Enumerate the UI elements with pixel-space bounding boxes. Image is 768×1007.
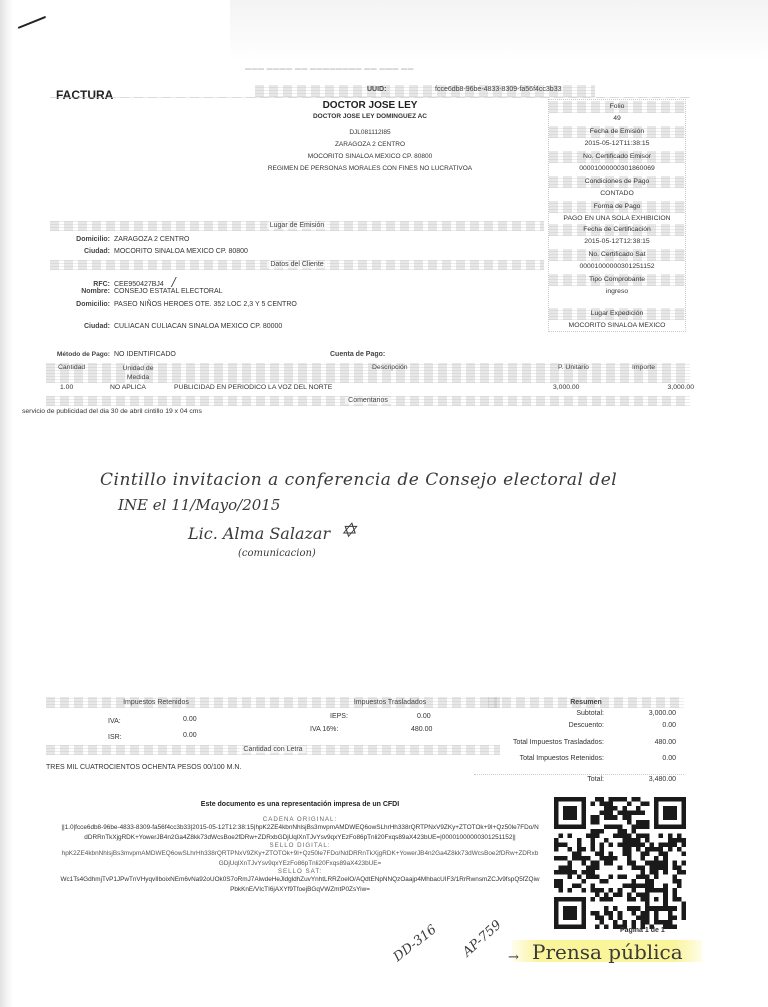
- sello-digital-value: hpK2ZE4kbnNhlsjBs3mvpmAMDWEQ6owSLhrHh338…: [60, 849, 540, 868]
- cadena-original-value: ||1.0|fcce6db8-96be-4833-8309-fa56f4cc3b…: [60, 823, 540, 842]
- item-importe: 3,000.00: [668, 384, 694, 391]
- cert-sat-label: No. Certificado Sat: [549, 249, 685, 261]
- retenido-isr-value: 0.00: [183, 732, 197, 739]
- cliente-title: Datos del Cliente: [267, 261, 326, 268]
- subtotal-label: Subtotal:: [576, 710, 604, 717]
- trasladado-ieps-label: IEPS:: [330, 713, 348, 720]
- cliente-rfc-row: RFC:CEE950427BJ4 /: [50, 275, 176, 289]
- sello-sat-value: Wc1Ts4GdhmjTvP1JPwTnVHyqvIlboixNEm6vNa92…: [60, 875, 540, 894]
- lugar-expedicion-value: MOCORITO SINALOA MEXICO: [549, 320, 685, 331]
- folio-label: Folio: [549, 101, 685, 113]
- cert-emisor-value: 00001000000301860069: [549, 163, 685, 175]
- table-row: 1.00 NO APLICA PUBLICIDAD EN PERIODICO L…: [46, 384, 690, 394]
- tipo-comprobante-value: ingreso: [549, 286, 685, 298]
- resumen-subtotal-row: Subtotal: 3,000.00: [474, 710, 684, 722]
- uuid-row: UUID: fcce6db8-96be-4833-8309-fa56f4cc3b…: [255, 85, 595, 97]
- cuenta-pago-label: Cuenta de Pago:: [330, 351, 385, 358]
- cert-sat-value: 00001000000301251152: [549, 261, 685, 273]
- cantidad-letra-header: Cantidad con Letra: [46, 745, 500, 755]
- lugar-emision-header: Lugar de Emisión: [50, 221, 544, 231]
- cfdi-notice: Este documento es una representación imp…: [60, 801, 540, 808]
- handwritten-code-2: AP-759: [460, 918, 505, 960]
- checkmark-pen-stroke: /: [172, 275, 176, 289]
- invoice-info-column: Folio 49 Fecha de Emisión 2015-05-12T11:…: [548, 99, 686, 332]
- uuid-value: fcce6db8-96be-4833-8309-fa56f4cc3b33: [435, 86, 562, 93]
- comentarios-title: Comentarios: [345, 397, 391, 404]
- emision-ciudad-label: Ciudad:: [50, 248, 110, 255]
- resumen-retenidos-row: Total Impuestos Retenidos: 0.00: [474, 755, 684, 767]
- forma-pago-label: Forma de Pago: [549, 201, 685, 213]
- fecha-emision-label: Fecha de Emisión: [549, 126, 685, 138]
- folio-value: 49: [549, 113, 685, 125]
- impuestos-trasladados-title: Impuestos Trasladados: [280, 697, 500, 708]
- total-value: 3,480.00: [649, 776, 676, 783]
- bleed-through-text: ▬▬▬ ▬▬▬▬ ▬▬ ▬▬▬▬▬▬▬▬ ▬▬ ▬▬▬ ▬▬: [245, 66, 414, 72]
- issuer-city: MOCORITO SINALOA MEXICO CP. 80800: [200, 153, 540, 160]
- cliente-nombre-value: CONSEJO ESTATAL ELECTORAL: [114, 288, 223, 295]
- cliente-ciudad-value: CULIACAN CULIACAN SINALOA MEXICO CP. 800…: [114, 323, 282, 330]
- col-p-unitario: P. Unitario: [558, 364, 589, 371]
- issuer-legal-name: DOCTOR JOSE LEY DOMINGUEZ AC: [200, 113, 540, 120]
- fecha-emision-value: 2015-05-12T11:38:15: [549, 138, 685, 150]
- issuer-regime: REGIMEN DE PERSONAS MORALES CON FINES NO…: [200, 165, 540, 172]
- lugar-emision-title: Lugar de Emisión: [267, 222, 327, 229]
- cliente-domicilio-value: PASEO NIÑOS HEROES OTE. 352 LOC 2,3 Y 5 …: [114, 301, 297, 308]
- emision-ciudad-value: MOCORITO SINALOA MEXICO CP. 80800: [114, 248, 248, 255]
- resumen-header: Resumen: [488, 697, 684, 708]
- scan-edge-shadow: [0, 0, 14, 1007]
- handwritten-signature-title: (comunicacion): [238, 548, 316, 559]
- impuestos-retenidos-title: Impuestos Retenidos: [46, 697, 266, 708]
- trasladado-iva-label: IVA 16%:: [310, 726, 338, 733]
- comentarios-text: servicio de publicidad del dia 30 de abr…: [22, 408, 202, 415]
- cuenta-pago-row: Cuenta de Pago:: [330, 351, 389, 358]
- total-retenidos-value: 0.00: [662, 755, 676, 762]
- total-label: Total:: [587, 776, 604, 783]
- cliente-ciudad-label: Ciudad:: [50, 323, 110, 330]
- document-type-title: FACTURA: [56, 88, 113, 102]
- page-number: Página 1 de 1: [620, 927, 665, 934]
- handwritten-note-line1: Cintillo invitacion a conferencia de Con…: [100, 470, 617, 490]
- retenido-iva-label: IVA:: [108, 718, 121, 725]
- condiciones-pago-label: Condiciones de Pago: [549, 176, 685, 188]
- arrow-icon: →: [508, 950, 519, 965]
- cantidad-letra-text: TRES MIL CUATROCIENTOS OCHENTA PESOS 00/…: [46, 764, 241, 771]
- pen-stroke-mark: [18, 16, 47, 29]
- sello-digital-label: SELLO DIGITAL:: [60, 842, 540, 849]
- item-p-unitario: 3,000.00: [553, 384, 579, 391]
- issuer-block: DOCTOR JOSE LEY DOCTOR JOSE LEY DOMINGUE…: [200, 98, 540, 172]
- metodo-pago-label: Método de Pago:: [50, 351, 110, 358]
- col-descripcion: Descripción: [372, 364, 408, 371]
- cadena-original-label: CADENA ORIGINAL:: [60, 816, 540, 823]
- item-unidad: NO APLICA: [110, 384, 146, 391]
- descuento-value: 0.00: [662, 722, 676, 729]
- emision-ciudad-row: Ciudad:MOCORITO SINALOA MEXICO CP. 80800: [50, 248, 248, 255]
- retenido-iva-value: 0.00: [183, 716, 197, 723]
- item-descripcion: PUBLICIDAD EN PERIODICO LA VOZ DEL NORTE: [174, 384, 332, 391]
- handwritten-label-prensa: Prensa pública: [532, 940, 683, 964]
- condiciones-pago-value: CONTADO: [549, 188, 685, 200]
- issuer-rfc: DJL081112I85: [200, 129, 540, 136]
- col-cantidad: Cantidad: [58, 364, 85, 371]
- issuer-name: DOCTOR JOSE LEY: [200, 100, 540, 111]
- item-cantidad: 1.00: [60, 384, 73, 391]
- qr-code-icon: [554, 797, 686, 929]
- cliente-domicilio-label: Domicilio:: [50, 301, 110, 308]
- emision-domicilio-label: Domicilio:: [50, 236, 110, 243]
- resumen-table: Subtotal: 3,000.00 Descuento: 0.00 Total…: [474, 710, 684, 790]
- total-trasladados-label: Total Impuestos Trasladados:: [513, 739, 604, 746]
- subtotal-value: 3,000.00: [649, 710, 676, 717]
- fecha-certificacion-label: Fecha de Certificación: [549, 224, 685, 236]
- signature-scribble-icon: ✡: [340, 518, 357, 542]
- emision-domicilio-value: ZARAGOZA 2 CENTRO: [114, 236, 189, 243]
- handwritten-note-line2: INE el 11/Mayo/2015: [118, 496, 280, 514]
- trasladado-ieps-value: 0.00: [417, 713, 431, 720]
- cliente-rfc-label: RFC:: [50, 281, 110, 288]
- handwritten-code-1: DD-316: [391, 922, 440, 965]
- descuento-label: Descuento:: [569, 722, 604, 729]
- resumen-trasladados-row: Total Impuestos Trasladados: 480.00: [474, 739, 684, 751]
- cfdi-block: Este documento es una representación imp…: [60, 801, 540, 894]
- metodo-pago-value: NO IDENTIFICADO: [114, 351, 176, 358]
- cert-emisor-label: No. Certificado Emisor: [549, 151, 685, 163]
- cliente-rfc-value: CEE950427BJ4: [114, 281, 164, 288]
- cliente-ciudad-row: Ciudad:CULIACAN CULIACAN SINALOA MEXICO …: [50, 323, 282, 330]
- retenido-isr-label: ISR:: [108, 734, 122, 741]
- lugar-expedicion-label: Lugar Expedición: [549, 308, 685, 320]
- emision-domicilio-row: Domicilio:ZARAGOZA 2 CENTRO: [50, 236, 189, 243]
- resumen-descuento-row: Descuento: 0.00: [474, 722, 684, 734]
- tipo-comprobante-label: Tipo Comprobante: [549, 274, 685, 286]
- cantidad-letra-title: Cantidad con Letra: [240, 746, 305, 753]
- handwritten-signature-name: Lic. Alma Salazar: [188, 524, 330, 543]
- items-table-header: Cantidad Unidad de Medida Descripción P.…: [46, 363, 690, 383]
- scan-bleed-through: [230, 0, 768, 60]
- resumen-total-row: Total: 3,480.00: [474, 774, 684, 788]
- comentarios-header: Comentarios: [46, 396, 690, 406]
- total-trasladados-value: 480.00: [655, 739, 676, 746]
- col-importe: Importe: [632, 364, 655, 371]
- sello-sat-label: SELLO SAT:: [60, 868, 540, 875]
- trasladado-iva-value: 480.00: [411, 726, 432, 733]
- cliente-nombre-row: Nombre:CONSEJO ESTATAL ELECTORAL: [50, 288, 223, 295]
- fecha-certificacion-value: 2015-05-12T12:38:15: [549, 236, 685, 248]
- metodo-pago-row: Método de Pago:NO IDENTIFICADO: [50, 351, 176, 358]
- issuer-address: ZARAGOZA 2 CENTRO: [200, 141, 540, 148]
- cliente-header: Datos del Cliente: [50, 260, 544, 270]
- resumen-title: Resumen: [570, 699, 602, 706]
- col-unidad: Unidad de Medida: [118, 364, 158, 382]
- total-retenidos-label: Total Impuestos Retenidos:: [520, 755, 604, 762]
- uuid-label: UUID:: [367, 86, 386, 93]
- forma-pago-value: PAGO EN UNA SOLA EXHIBICION: [549, 213, 685, 224]
- cliente-domicilio-row: Domicilio:PASEO NIÑOS HEROES OTE. 352 LO…: [50, 301, 297, 308]
- cliente-nombre-label: Nombre:: [50, 288, 110, 295]
